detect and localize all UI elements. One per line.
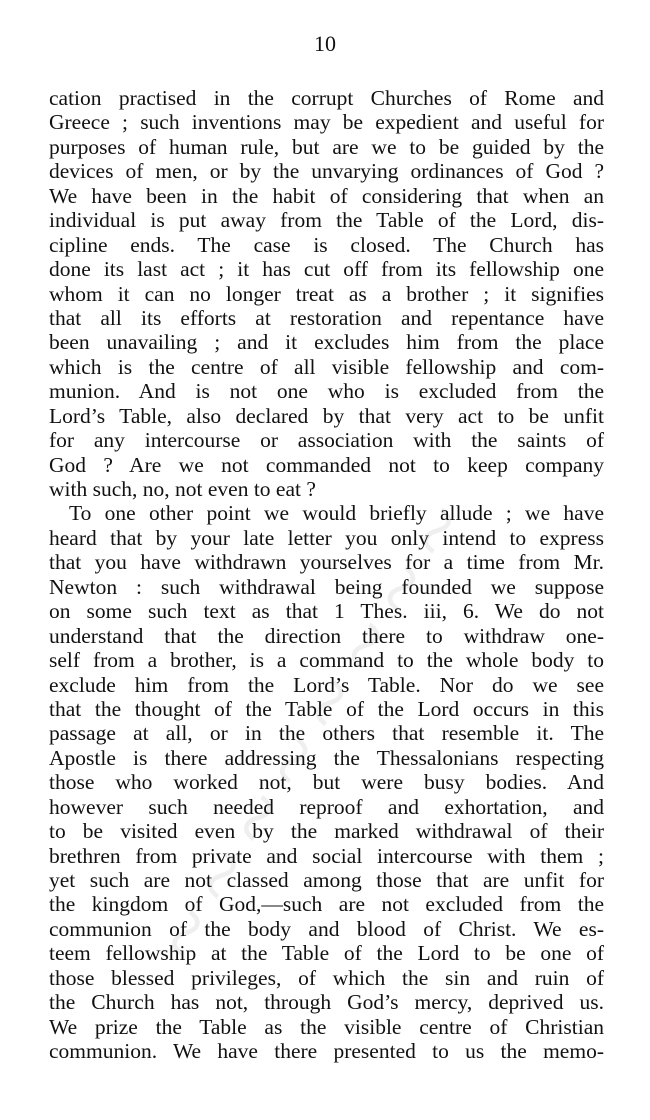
paragraph-first-line: To one other point we would briefly allu…: [49, 501, 604, 525]
text-line: that you have withdrawn yourselves for a…: [49, 550, 604, 574]
text-line: We prize the Table as the visible centre…: [49, 1015, 604, 1039]
text-line: for any intercourse or association with …: [49, 428, 604, 452]
text-line: to be visited even by the marked withdra…: [49, 819, 604, 843]
text-line: self from a brother, is a command to the…: [49, 648, 604, 672]
text-line: the kingdom of God,—such are not exclude…: [49, 892, 604, 916]
text-line: communion. We have there presented to us…: [49, 1039, 604, 1063]
text-line: Greece ; such inventions may be expedien…: [49, 110, 604, 134]
text-line: however such needed reproof and exhortat…: [49, 795, 604, 819]
text-line: exclude him from the Lord’s Table. Nor d…: [49, 673, 604, 697]
text-line: the Church has not, through God’s mercy,…: [49, 990, 604, 1014]
page-number: 10: [0, 31, 650, 57]
text-line: passage at all, or in the others that re…: [49, 721, 604, 745]
text-line: been unavailing ; and it excludes him fr…: [49, 330, 604, 354]
text-line: that all its efforts at restoration and …: [49, 306, 604, 330]
text-line: that the thought of the Table of the Lor…: [49, 697, 604, 721]
text-line: purposes of human rule, but are we to be…: [49, 135, 604, 159]
text-line: brethren from private and social interco…: [49, 844, 604, 868]
text-line: on some such text as that 1 Thes. iii, 6…: [49, 599, 604, 623]
text-line: Newton : such withdrawal being founded w…: [49, 575, 604, 599]
text-line: those who worked not, but were busy bodi…: [49, 770, 604, 794]
text-line: devices of men, or by the unvarying ordi…: [49, 159, 604, 183]
text-line: which is the centre of all visible fello…: [49, 355, 604, 379]
text-line: yet such are not classed among those tha…: [49, 868, 604, 892]
text-line: heard that by your late letter you only …: [49, 526, 604, 550]
body-text: cation practised in the corrupt Churches…: [49, 86, 604, 1064]
text-line: individual is put away from the Table of…: [49, 208, 604, 232]
text-line: understand that the direction there to w…: [49, 624, 604, 648]
text-line: communion of the body and blood of Chris…: [49, 917, 604, 941]
text-line: munion. And is not one who is excluded f…: [49, 379, 604, 403]
text-line: with such, no, not even to eat ?: [49, 477, 604, 501]
text-line: done its last act ; it has cut off from …: [49, 257, 604, 281]
text-line: Lord’s Table, also declared by that very…: [49, 404, 604, 428]
text-line: Apostle is there addressing the Thessalo…: [49, 746, 604, 770]
text-line: cipline ends. The case is closed. The Ch…: [49, 233, 604, 257]
text-line: We have been in the habit of considering…: [49, 184, 604, 208]
text-line: teem fellowship at the Table of the Lord…: [49, 941, 604, 965]
text-line: whom it can no longer treat as a brother…: [49, 282, 604, 306]
text-line: those blessed privileges, of which the s…: [49, 966, 604, 990]
text-line: cation practised in the corrupt Churches…: [49, 86, 604, 110]
text-line: God ? Are we not commanded not to keep c…: [49, 453, 604, 477]
